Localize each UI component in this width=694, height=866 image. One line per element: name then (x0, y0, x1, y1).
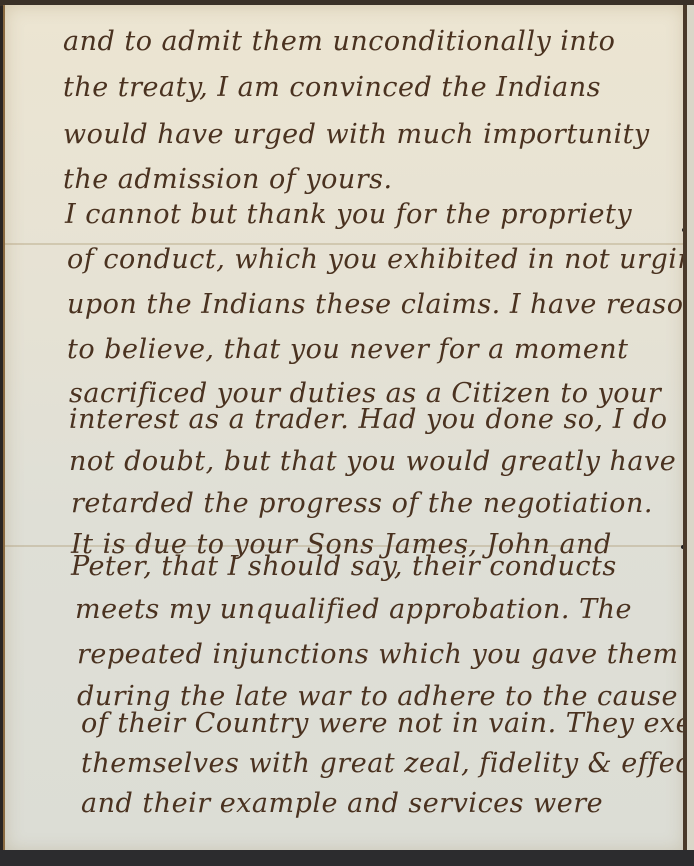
scan-frame-bottom (0, 850, 694, 866)
text-line: of their Country were not in vain. They … (81, 707, 694, 741)
text-line: not doubt, but that you would greatly ha… (69, 445, 676, 479)
text-line: repeated injunctions which you gave them (77, 638, 679, 672)
letter-page: and to admit them unconditionally into t… (3, 5, 685, 852)
text-line: meets my unqualified approbation. The (75, 593, 632, 627)
text-line: retarded the progress of the negotiation… (71, 487, 653, 521)
next-page-edge (687, 5, 694, 855)
text-line: to believe, that you never for a moment (67, 333, 629, 367)
text-line: themselves with great zeal, fidelity & e… (81, 747, 694, 781)
text-line: the admission of yours. (63, 163, 393, 197)
text-line: the treaty, I am convinced the Indians (63, 71, 601, 105)
text-line: I cannot but thank you for the propriety (65, 198, 632, 232)
text-line: and their example and services were (81, 787, 603, 821)
text-line: interest as a trader. Had you done so, I… (69, 403, 668, 437)
text-line: of conduct, which you exhibited in not u… (67, 243, 694, 277)
text-line: upon the Indians these claims. I have re… (67, 288, 694, 322)
text-line: and to admit them unconditionally into (63, 25, 615, 59)
text-line: would have urged with much importunity (63, 118, 650, 152)
text-line: Peter, that I should say, their conducts (71, 550, 617, 584)
